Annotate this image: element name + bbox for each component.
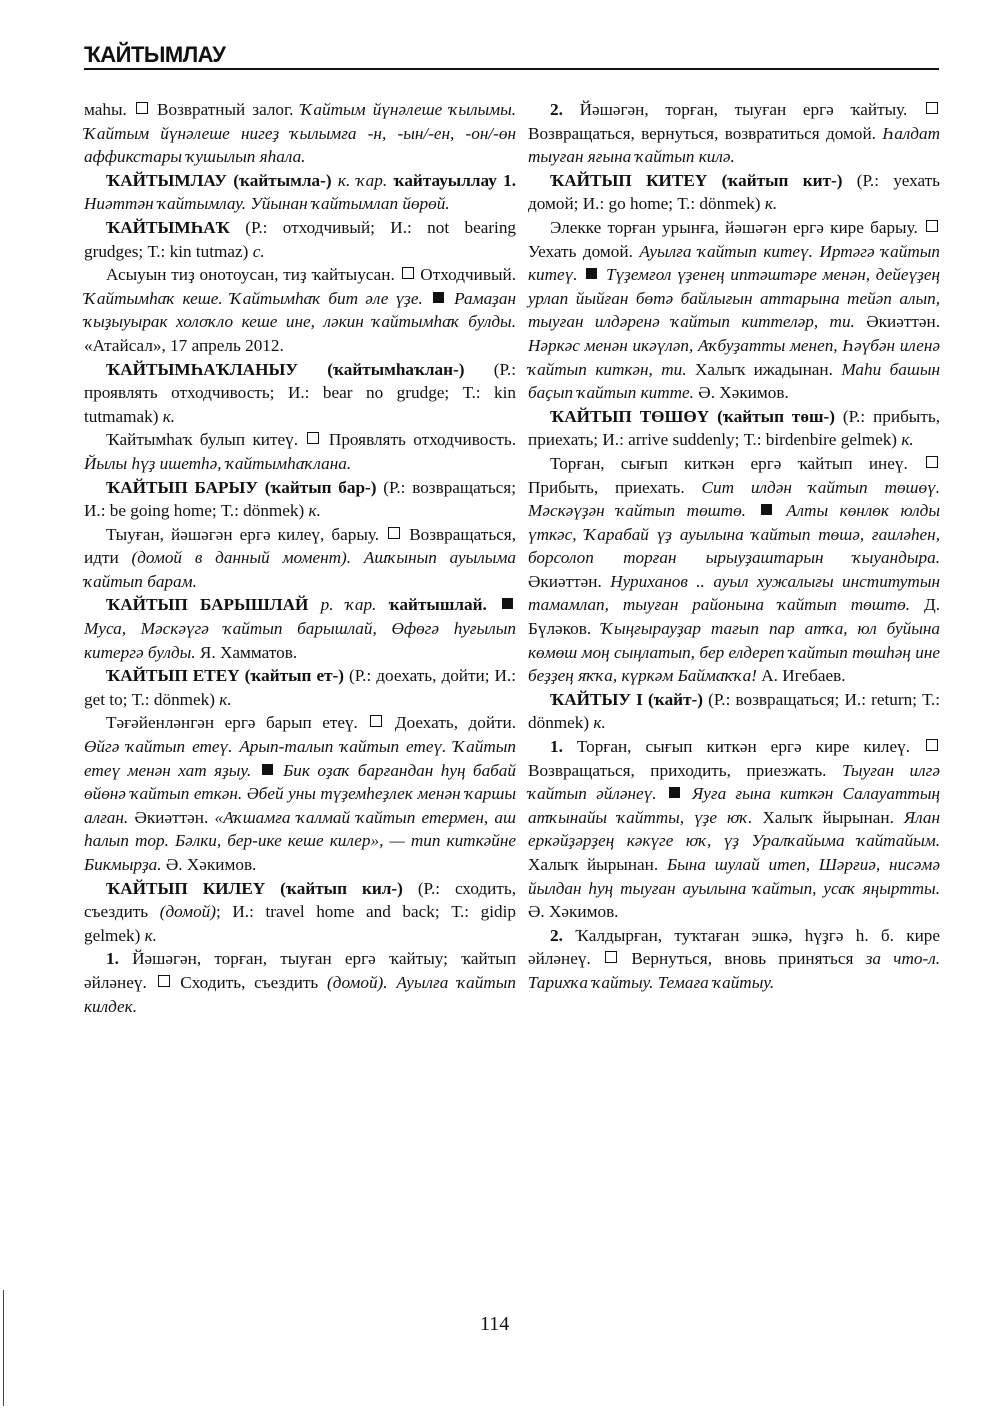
example: Тарихҡа ҡайтыу. Темаға ҡайтыу.: [528, 973, 774, 992]
dictionary-entry: ҠАЙТЫМҺАҠ (Р.: отходчивый; И.: not beari…: [84, 216, 516, 263]
part-of-speech: к. ҡар.: [338, 171, 387, 190]
open-square-icon: [370, 715, 382, 727]
open-square-icon: [136, 102, 148, 114]
dictionary-entry: ҠАЙТЫП ТӨШӨҮ (ҡайтып төш-) (Р.: прибыть,…: [528, 405, 940, 452]
text: маһы.: [84, 100, 127, 119]
citation-source: Халыҡ ижадынан.: [695, 360, 833, 379]
open-square-icon: [926, 220, 938, 232]
part-of-speech: к.: [145, 926, 157, 945]
definition: Асыуын тиҙ онотоусан, тиҙ ҡайтыусан. Отх…: [84, 263, 516, 357]
open-square-icon: [926, 102, 938, 114]
citation-source: Ә. Хәкимов.: [166, 855, 256, 874]
definition: Элекке торған урынға, йәшәгән ергә кире …: [528, 216, 940, 405]
citation-source: Ә. Хәкимов.: [698, 383, 788, 402]
dictionary-entry: ҠАЙТЫУ I (ҡайт-) (Р.: возвращаться; И.: …: [528, 688, 940, 735]
cross-reference: ҡайтышлай.: [389, 595, 487, 614]
part-of-speech: с.: [253, 242, 265, 261]
translation: Уехать домой.: [528, 242, 633, 261]
headword: ҠАЙТЫП КИЛЕҮ (ҡайтып кил-): [106, 879, 403, 898]
headword: ҠАЙТЫМҺАҠ: [106, 218, 230, 237]
scan-margin-line: [3, 1290, 4, 1406]
headword: ҠАЙТЫП ТӨШӨҮ (ҡайтып төш-): [550, 407, 835, 426]
definition: Тыуған, йәшәгән ергә килеү, барыу. Возвр…: [84, 523, 516, 594]
sense-number: 1.: [106, 949, 119, 968]
dictionary-entry: ҠАЙТЫП ЕТЕҮ (ҡайтып ет-) (Р.: доехать, д…: [84, 664, 516, 711]
part-of-speech: к.: [901, 430, 913, 449]
sense-number: 1.: [550, 737, 563, 756]
translation: Прибыть, приехать.: [528, 478, 685, 497]
entry-continuation: маһы. Возвратный залог. Ҡайтым йүнәлеше …: [84, 98, 516, 169]
open-square-icon: [402, 267, 414, 279]
definition-text: Торған, сығып киткән ергә ҡайтып инеү.: [550, 454, 908, 473]
citation-source: Ә. Хәкимов.: [528, 902, 618, 921]
headword: ҠАЙТЫМҺАҠЛАНЫУ (ҡайтымһаҡлан-): [106, 360, 464, 379]
gloss-note: (домой): [160, 902, 216, 921]
filled-square-icon: [669, 787, 680, 798]
part-of-speech: к.: [765, 194, 777, 213]
translation: Проявлять отходчивость.: [329, 430, 516, 449]
headword: ҠАЙТЫМЛАУ (ҡайтымла-): [106, 171, 332, 190]
dictionary-entry: ҠАЙТЫП БАРЫШЛАЙ р. ҡар. ҡайтышлай. Муса,…: [84, 593, 516, 664]
running-head: ҠАЙТЫМЛАУ: [84, 42, 225, 68]
translation: Возвращаться, приходить, приезжать.: [528, 761, 826, 780]
sense: 1. Йәшәгән, торған, тыуған ергә ҡайтыу; …: [84, 947, 516, 1018]
translation-note: (домой).: [327, 973, 388, 992]
citation-source: Халыҡ йырынан.: [528, 855, 658, 874]
sense: 1. Торған, сығып киткән ергә кире килеү.…: [528, 735, 940, 924]
open-square-icon: [926, 456, 938, 468]
sense-number: 2.: [550, 926, 563, 945]
open-square-icon: [388, 527, 400, 539]
citation-source: Әкиәттән.: [866, 312, 940, 331]
page-number: 114: [480, 1313, 509, 1336]
example: Ҡайтымһаҡ кеше. Ҡайтымһаҡ бит әле үҙе.: [84, 289, 423, 308]
filled-square-icon: [761, 504, 772, 515]
definition-text: Торған, сығып киткән ергә кире килеү.: [577, 737, 910, 756]
cross-reference: ҡайтауыллау 1.: [393, 171, 516, 190]
sense: 2. Ҡалдырған, туҡтаған эшкә, һүҙгә һ. б.…: [528, 924, 940, 995]
translation: Возвращаться, вернуться, возвратиться до…: [528, 124, 876, 143]
dictionary-entry: ҠАЙТЫМҺАҠЛАНЫУ (ҡайтымһаҡлан-) (Р.: проя…: [84, 358, 516, 429]
dictionary-entry: ҠАЙТЫП КИЛЕҮ (ҡайтып кил-) (Р.: сходить,…: [84, 877, 516, 948]
example: Йылы һүҙ ишетһә, ҡайтымһаҡлана.: [84, 454, 351, 473]
left-column: маһы. Возвратный залог. Ҡайтым йүнәлеше …: [84, 98, 516, 1018]
translation: Возвратный залог.: [157, 100, 293, 119]
open-square-icon: [926, 739, 938, 751]
sense-number: 2.: [550, 100, 563, 119]
headword: ҠАЙТЫП БАРЫУ (ҡайтып бар-): [106, 478, 377, 497]
header-rule: [84, 68, 939, 70]
part-of-speech: к.: [309, 501, 321, 520]
translation: Вернуться, вновь приняться: [631, 949, 853, 968]
filled-square-icon: [262, 764, 273, 775]
headword: ҠАЙТЫУ I (ҡайт-): [550, 690, 703, 709]
definition-text: Асыуын тиҙ онотоусан, тиҙ ҡайтыусан.: [106, 265, 395, 284]
definition-text: Тәғәйенләнгән ергә барып етеү.: [106, 713, 358, 732]
definition: Торған, сығып киткән ергә ҡайтып инеү. П…: [528, 452, 940, 688]
headword: ҠАЙТЫП КИТЕҮ (ҡайтып кит-): [550, 171, 842, 190]
definition-text: Йәшәгән, торған, тыуған ергә ҡайтыу.: [580, 100, 908, 119]
citation-source: «Атайсал», 17 апрель 2012.: [84, 336, 284, 355]
citation: Муса, Мәскәүгә ҡайтып барышлай, Өфөгә һу…: [84, 619, 516, 662]
open-square-icon: [605, 951, 617, 963]
citation-source: Әкиәттән.: [135, 808, 209, 827]
part-of-speech: р. ҡар.: [321, 595, 377, 614]
translation-note: (домой в данный момент).: [132, 548, 352, 567]
translation-note: за что-л.: [866, 949, 940, 968]
translation: Доехать, дойти.: [395, 713, 516, 732]
definition: Тәғәйенләнгән ергә барып етеү. Доехать, …: [84, 711, 516, 876]
dictionary-entry: ҠАЙТЫП КИТЕҮ (ҡайтып кит-) (Р.: уехать д…: [528, 169, 940, 216]
definition: Ҡайтымһаҡ булып китеү. Проявлять отходчи…: [84, 428, 516, 475]
dictionary-entry: ҠАЙТЫП БАРЫУ (ҡайтып бар-) (Р.: возвраща…: [84, 476, 516, 523]
example: Ниәттән ҡайтымлау. Уйынан ҡайтымлап йөрө…: [84, 194, 450, 213]
filled-square-icon: [586, 268, 597, 279]
open-square-icon: [158, 975, 170, 987]
translation: Сходить, съездить: [180, 973, 318, 992]
part-of-speech: к.: [163, 407, 175, 426]
open-square-icon: [307, 432, 319, 444]
citation-source: А. Игебаев.: [761, 666, 845, 685]
filled-square-icon: [433, 292, 444, 303]
translation: Отходчивый.: [420, 265, 516, 284]
citation-source: Халыҡ йырынан.: [762, 808, 893, 827]
part-of-speech: к.: [593, 713, 605, 732]
dictionary-entry: ҠАЙТЫМЛАУ (ҡайтымла-) к. ҡар. ҡайтауылла…: [84, 169, 516, 216]
filled-square-icon: [502, 598, 513, 609]
definition-text: Ҡайтымһаҡ булып китеү.: [106, 430, 298, 449]
citation-source: Әкиәттән.: [528, 572, 602, 591]
example: Ҡайтым йүнәлеше ҡылымы. Ҡайтым йүнәлеше …: [84, 100, 516, 166]
definition-text: Тыуған, йәшәгән ергә килеү, барыу.: [106, 525, 379, 544]
definition-text: Элекке торған урынға, йәшәгән ергә кире …: [550, 218, 918, 237]
right-column: 2. Йәшәгән, торған, тыуған ергә ҡайтыу. …: [528, 98, 940, 995]
headword: ҠАЙТЫП БАРЫШЛАЙ: [106, 595, 308, 614]
headword: ҠАЙТЫП ЕТЕҮ (ҡайтып ет-): [106, 666, 344, 685]
part-of-speech: к.: [219, 690, 231, 709]
sense: 2. Йәшәгән, торған, тыуған ергә ҡайтыу. …: [528, 98, 940, 169]
citation-source: Я. Хамматов.: [200, 643, 297, 662]
